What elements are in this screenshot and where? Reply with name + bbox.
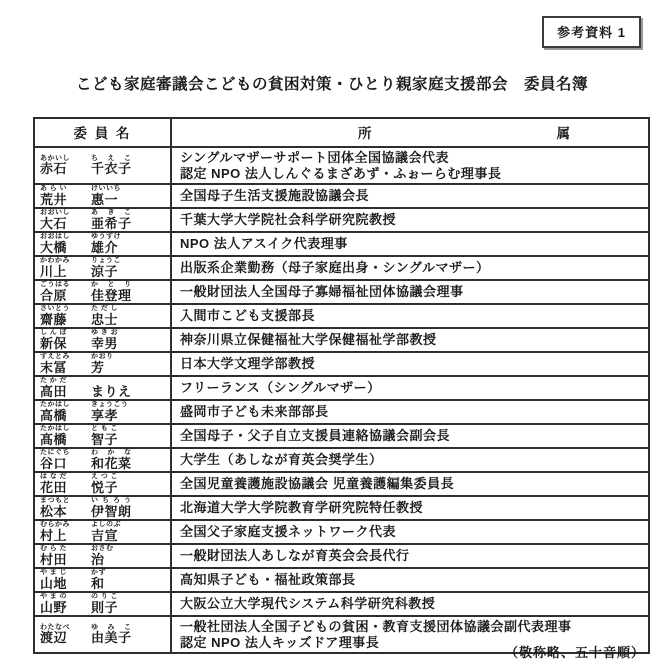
members-table: 委 員 名 所 属 あかいし赤石ちえこ千衣子シングルマザーサポート団体全国協議会… — [33, 117, 650, 654]
member-surname-text: 谷口 — [40, 457, 67, 471]
member-surname: むらた村田 — [40, 545, 67, 566]
member-surname: すえとみ末冨 — [40, 353, 67, 374]
member-given-name-text: 亜希子 — [91, 217, 132, 231]
member-given-name: ゆうすけ雄介 — [91, 233, 118, 254]
member-given-name: ただし忠士 — [91, 305, 118, 326]
member-surname: かわかみ川上 — [40, 257, 67, 278]
header-affiliation: 所 属 — [171, 118, 649, 147]
table-body: あかいし赤石ちえこ千衣子シングルマザーサポート団体全国協議会代表認定 NPO 法… — [34, 147, 649, 653]
member-row: ごうはる合原かとり佳登理一般財団法人全国母子寡婦福祉団体協議会理事 — [34, 280, 649, 304]
member-surname: たかはし髙橋 — [40, 425, 67, 446]
member-given-name-text: 治 — [91, 553, 105, 567]
member-surname-text: 高橋 — [40, 409, 67, 423]
member-given-name-text: 雄介 — [91, 241, 118, 255]
member-affiliation-cell: 高知県子ども・福祉政策部長 — [171, 568, 649, 592]
member-given-name-text: 涼子 — [91, 265, 118, 279]
member-name-cell: すえとみ末冨かおり芳 — [34, 352, 171, 376]
member-given-name-text: 悦子 — [91, 481, 118, 495]
member-surname: あらい荒井 — [40, 185, 67, 206]
member-given-name-text: 智子 — [91, 433, 118, 447]
table-header: 委 員 名 所 属 — [34, 118, 649, 147]
member-surname: たかだ高田 — [40, 377, 67, 398]
member-affiliation-cell: 出版系企業勤務（母子家庭出身・シングルマザー） — [171, 256, 649, 280]
header-row: 委 員 名 所 属 — [34, 118, 649, 147]
member-surname: あかいし赤石 — [40, 155, 67, 176]
member-given-name: いちろう伊智朗 — [91, 497, 132, 518]
member-row: おおいし大石あきこ亜希子千葉大学大学院社会科学研究院教授 — [34, 208, 649, 232]
member-affiliation-cell: 全国母子生活支援施設協議会長 — [171, 184, 649, 208]
member-given-name: かず和 — [91, 569, 105, 590]
member-name-cell: おおはし大橋ゆうすけ雄介 — [34, 232, 171, 256]
affiliation-line: 認定 NPO 法人しんぐるまざあず・ふぉーらむ理事長 — [180, 166, 644, 182]
member-row: たかだ高田まりえフリーランス（シングルマザー） — [34, 376, 649, 400]
member-surname: まつもと松本 — [40, 497, 67, 518]
member-surname: しんぼ新保 — [40, 329, 67, 350]
member-row: むらた村田おさむ治一般財団法人あしなが育英会会長代行 — [34, 544, 649, 568]
member-row: おおはし大橋ゆうすけ雄介NPO 法人アスイク代表理事 — [34, 232, 649, 256]
member-affiliation-cell: シングルマザーサポート団体全国協議会代表認定 NPO 法人しんぐるまざあず・ふぉ… — [171, 147, 649, 184]
member-row: やまの山野のりこ則子大阪公立大学現代システム科学研究科教授 — [34, 592, 649, 616]
member-surname: おおはし大橋 — [40, 233, 67, 254]
member-affiliation-cell: 大阪公立大学現代システム科学研究科教授 — [171, 592, 649, 616]
page-title: こども家庭審議会こどもの貧困対策・ひとり親家庭支援部会 委員名簿 — [0, 72, 664, 94]
member-surname-text: 大石 — [40, 217, 67, 231]
member-given-name: まりえ — [91, 377, 132, 398]
member-given-name: ちえこ千衣子 — [91, 155, 132, 176]
affiliation-line: シングルマザーサポート団体全国協議会代表 — [180, 150, 644, 166]
member-row: しんぼ新保ゆきお幸男神奈川県立保健福祉大学保健福祉学部教授 — [34, 328, 649, 352]
member-row: すえとみ末冨かおり芳日本大学文理学部教授 — [34, 352, 649, 376]
member-given-name: よしのぶ吉宣 — [91, 521, 118, 542]
member-affiliation-cell: 全国父子家庭支援ネットワーク代表 — [171, 520, 649, 544]
member-surname-text: 齋藤 — [40, 313, 67, 327]
affiliation-line: 神奈川県立保健福祉大学保健福祉学部教授 — [180, 332, 644, 348]
member-row: かわかみ川上りょうこ涼子出版系企業勤務（母子家庭出身・シングルマザー） — [34, 256, 649, 280]
affiliation-line: 一般財団法人全国母子寡婦福祉団体協議会理事 — [180, 284, 644, 300]
member-given-name: かとり佳登理 — [91, 281, 132, 302]
affiliation-line: フリーランス（シングルマザー） — [180, 380, 644, 396]
affiliation-line: 入間市こども支援部長 — [180, 308, 644, 324]
member-affiliation-cell: 一般財団法人全国母子寡婦福祉団体協議会理事 — [171, 280, 649, 304]
affiliation-line: 全国児童養護施設協議会 児童養護編集委員長 — [180, 476, 644, 492]
member-surname: やまの山野 — [40, 593, 67, 614]
member-row: さいとう齋藤ただし忠士入間市こども支援部長 — [34, 304, 649, 328]
affiliation-line: 盛岡市子ども未来部部長 — [180, 404, 644, 420]
member-affiliation-cell: 全国児童養護施設協議会 児童養護編集委員長 — [171, 472, 649, 496]
member-given-name-text: 吉宣 — [91, 529, 118, 543]
member-surname-text: 村上 — [40, 529, 67, 543]
member-row: たかはし髙橋ともこ智子全国母子・父子自立支援員連絡協議会副会長 — [34, 424, 649, 448]
affiliation-line: 出版系企業勤務（母子家庭出身・シングルマザー） — [180, 260, 644, 276]
member-surname-text: 新保 — [40, 337, 67, 351]
member-name-cell: やまの山野のりこ則子 — [34, 592, 171, 616]
member-given-name: きょうこう享孝 — [91, 401, 118, 422]
member-name-cell: さいとう齋藤ただし忠士 — [34, 304, 171, 328]
member-surname: おおいし大石 — [40, 209, 67, 230]
member-surname: はなだ花田 — [40, 473, 67, 494]
header-affiliation-char-left: 所 — [358, 122, 372, 142]
member-name-cell: はなだ花田えつこ悦子 — [34, 472, 171, 496]
member-given-name-text: 伊智朗 — [91, 505, 132, 519]
member-given-name-text: 千衣子 — [91, 162, 132, 176]
member-surname: むらかみ村上 — [40, 521, 67, 542]
header-affiliation-char-right: 属 — [557, 122, 571, 142]
affiliation-line: 一般財団法人あしなが育英会会長代行 — [180, 548, 644, 564]
member-name-cell: あかいし赤石ちえこ千衣子 — [34, 147, 171, 184]
affiliation-line: 全国母子・父子自立支援員連絡協議会副会長 — [180, 428, 644, 444]
member-given-name-text: まりえ — [91, 385, 132, 399]
member-given-name-text: 享孝 — [91, 409, 118, 423]
member-affiliation-cell: 日本大学文理学部教授 — [171, 352, 649, 376]
member-surname-text: 荒井 — [40, 193, 67, 207]
member-name-cell: あらい荒井けいいち惠一 — [34, 184, 171, 208]
member-surname-text: 村田 — [40, 553, 67, 567]
header-member-name-label: 委 員 名 — [73, 126, 131, 141]
member-surname-text: 末冨 — [40, 361, 67, 375]
member-given-name-text: 和花菜 — [91, 457, 132, 471]
member-name-cell: むらた村田おさむ治 — [34, 544, 171, 568]
affiliation-line: 全国父子家庭支援ネットワーク代表 — [180, 524, 644, 540]
member-surname-text: 高田 — [40, 385, 67, 399]
member-name-cell: たにぐち谷口わかな和花菜 — [34, 448, 171, 472]
member-surname: ごうはる合原 — [40, 281, 67, 302]
member-given-name: ゆきお幸男 — [91, 329, 118, 350]
member-affiliation-cell: 全国母子・父子自立支援員連絡協議会副会長 — [171, 424, 649, 448]
member-row: まつもと松本いちろう伊智朗北海道大学大学院教育学研究院特任教授 — [34, 496, 649, 520]
reference-label: 参考資料 1 — [557, 25, 626, 40]
member-row: たにぐち谷口わかな和花菜大学生（あしなが育英会奨学生） — [34, 448, 649, 472]
member-surname: さいとう齋藤 — [40, 305, 67, 326]
member-row: たかはし高橋きょうこう享孝盛岡市子ども未来部部長 — [34, 400, 649, 424]
member-affiliation-cell: フリーランス（シングルマザー） — [171, 376, 649, 400]
member-name-cell: かわかみ川上りょうこ涼子 — [34, 256, 171, 280]
header-affiliation-label: 所 属 — [172, 122, 648, 142]
member-name-cell: たかはし髙橋ともこ智子 — [34, 424, 171, 448]
member-given-name: えつこ悦子 — [91, 473, 118, 494]
member-affiliation-cell: 北海道大学大学院教育学研究院特任教授 — [171, 496, 649, 520]
member-affiliation-cell: 盛岡市子ども未来部部長 — [171, 400, 649, 424]
member-surname-text: 川上 — [40, 265, 67, 279]
member-given-name-text: 和 — [91, 577, 105, 591]
member-affiliation-cell: 千葉大学大学院社会科学研究院教授 — [171, 208, 649, 232]
member-surname-text: 山野 — [40, 601, 67, 615]
member-affiliation-cell: NPO 法人アスイク代表理事 — [171, 232, 649, 256]
member-name-cell: たかはし高橋きょうこう享孝 — [34, 400, 171, 424]
affiliation-line: 全国母子生活支援施設協議会長 — [180, 188, 644, 204]
member-given-name-text: 芳 — [91, 361, 105, 375]
member-given-name: りょうこ涼子 — [91, 257, 118, 278]
header-member-name: 委 員 名 — [34, 118, 171, 147]
member-row: やまじ山地かず和高知県子ども・福祉政策部長 — [34, 568, 649, 592]
member-affiliation-cell: 入間市こども支援部長 — [171, 304, 649, 328]
member-given-name: かおり芳 — [91, 353, 105, 374]
member-given-name: おさむ治 — [91, 545, 105, 566]
member-surname-text: 大橋 — [40, 241, 67, 255]
member-affiliation-cell: 一般財団法人あしなが育英会会長代行 — [171, 544, 649, 568]
member-given-name: ともこ智子 — [91, 425, 118, 446]
reference-label-box: 参考資料 1 — [542, 16, 641, 48]
member-surname-text: 髙橋 — [40, 433, 67, 447]
member-row: むらかみ村上よしのぶ吉宣全国父子家庭支援ネットワーク代表 — [34, 520, 649, 544]
member-name-cell: たかだ高田まりえ — [34, 376, 171, 400]
member-name-cell: むらかみ村上よしのぶ吉宣 — [34, 520, 171, 544]
member-given-name: けいいち惠一 — [91, 185, 118, 206]
member-given-name-text: 佳登理 — [91, 289, 132, 303]
member-row: はなだ花田えつこ悦子全国児童養護施設協議会 児童養護編集委員長 — [34, 472, 649, 496]
member-name-cell: まつもと松本いちろう伊智朗 — [34, 496, 171, 520]
member-given-name-text: 則子 — [91, 601, 118, 615]
member-name-cell: やまじ山地かず和 — [34, 568, 171, 592]
member-surname: やまじ山地 — [40, 569, 67, 590]
affiliation-line: 一般社団法人全国子どもの貧困・教育支援団体協議会副代表理事 — [180, 619, 644, 635]
member-given-name: のりこ則子 — [91, 593, 118, 614]
member-surname-text: 松本 — [40, 505, 67, 519]
member-surname-text: 花田 — [40, 481, 67, 495]
affiliation-line: NPO 法人アスイク代表理事 — [180, 236, 644, 252]
affiliation-line: 日本大学文理学部教授 — [180, 356, 644, 372]
footnote: （敬称略、五十音順） — [33, 642, 645, 661]
affiliation-line: 大学生（あしなが育英会奨学生） — [180, 452, 644, 468]
member-given-name: わかな和花菜 — [91, 449, 132, 470]
member-name-cell: ごうはる合原かとり佳登理 — [34, 280, 171, 304]
member-given-name-text: 忠士 — [91, 313, 118, 327]
affiliation-line: 北海道大学大学院教育学研究院特任教授 — [180, 500, 644, 516]
member-name-cell: おおいし大石あきこ亜希子 — [34, 208, 171, 232]
member-given-name-text: 惠一 — [91, 193, 118, 207]
affiliation-line: 大阪公立大学現代システム科学研究科教授 — [180, 596, 644, 612]
affiliation-line: 千葉大学大学院社会科学研究院教授 — [180, 212, 644, 228]
member-row: あらい荒井けいいち惠一全国母子生活支援施設協議会長 — [34, 184, 649, 208]
member-given-name-text: 幸男 — [91, 337, 118, 351]
member-surname: たかはし高橋 — [40, 401, 67, 422]
member-affiliation-cell: 大学生（あしなが育英会奨学生） — [171, 448, 649, 472]
member-surname: たにぐち谷口 — [40, 449, 67, 470]
member-surname-text: 山地 — [40, 577, 67, 591]
member-surname-text: 赤石 — [40, 162, 67, 176]
affiliation-line: 高知県子ども・福祉政策部長 — [180, 572, 644, 588]
member-name-cell: しんぼ新保ゆきお幸男 — [34, 328, 171, 352]
member-given-name: あきこ亜希子 — [91, 209, 132, 230]
member-surname-text: 合原 — [40, 289, 67, 303]
member-affiliation-cell: 神奈川県立保健福祉大学保健福祉学部教授 — [171, 328, 649, 352]
member-row: あかいし赤石ちえこ千衣子シングルマザーサポート団体全国協議会代表認定 NPO 法… — [34, 147, 649, 184]
